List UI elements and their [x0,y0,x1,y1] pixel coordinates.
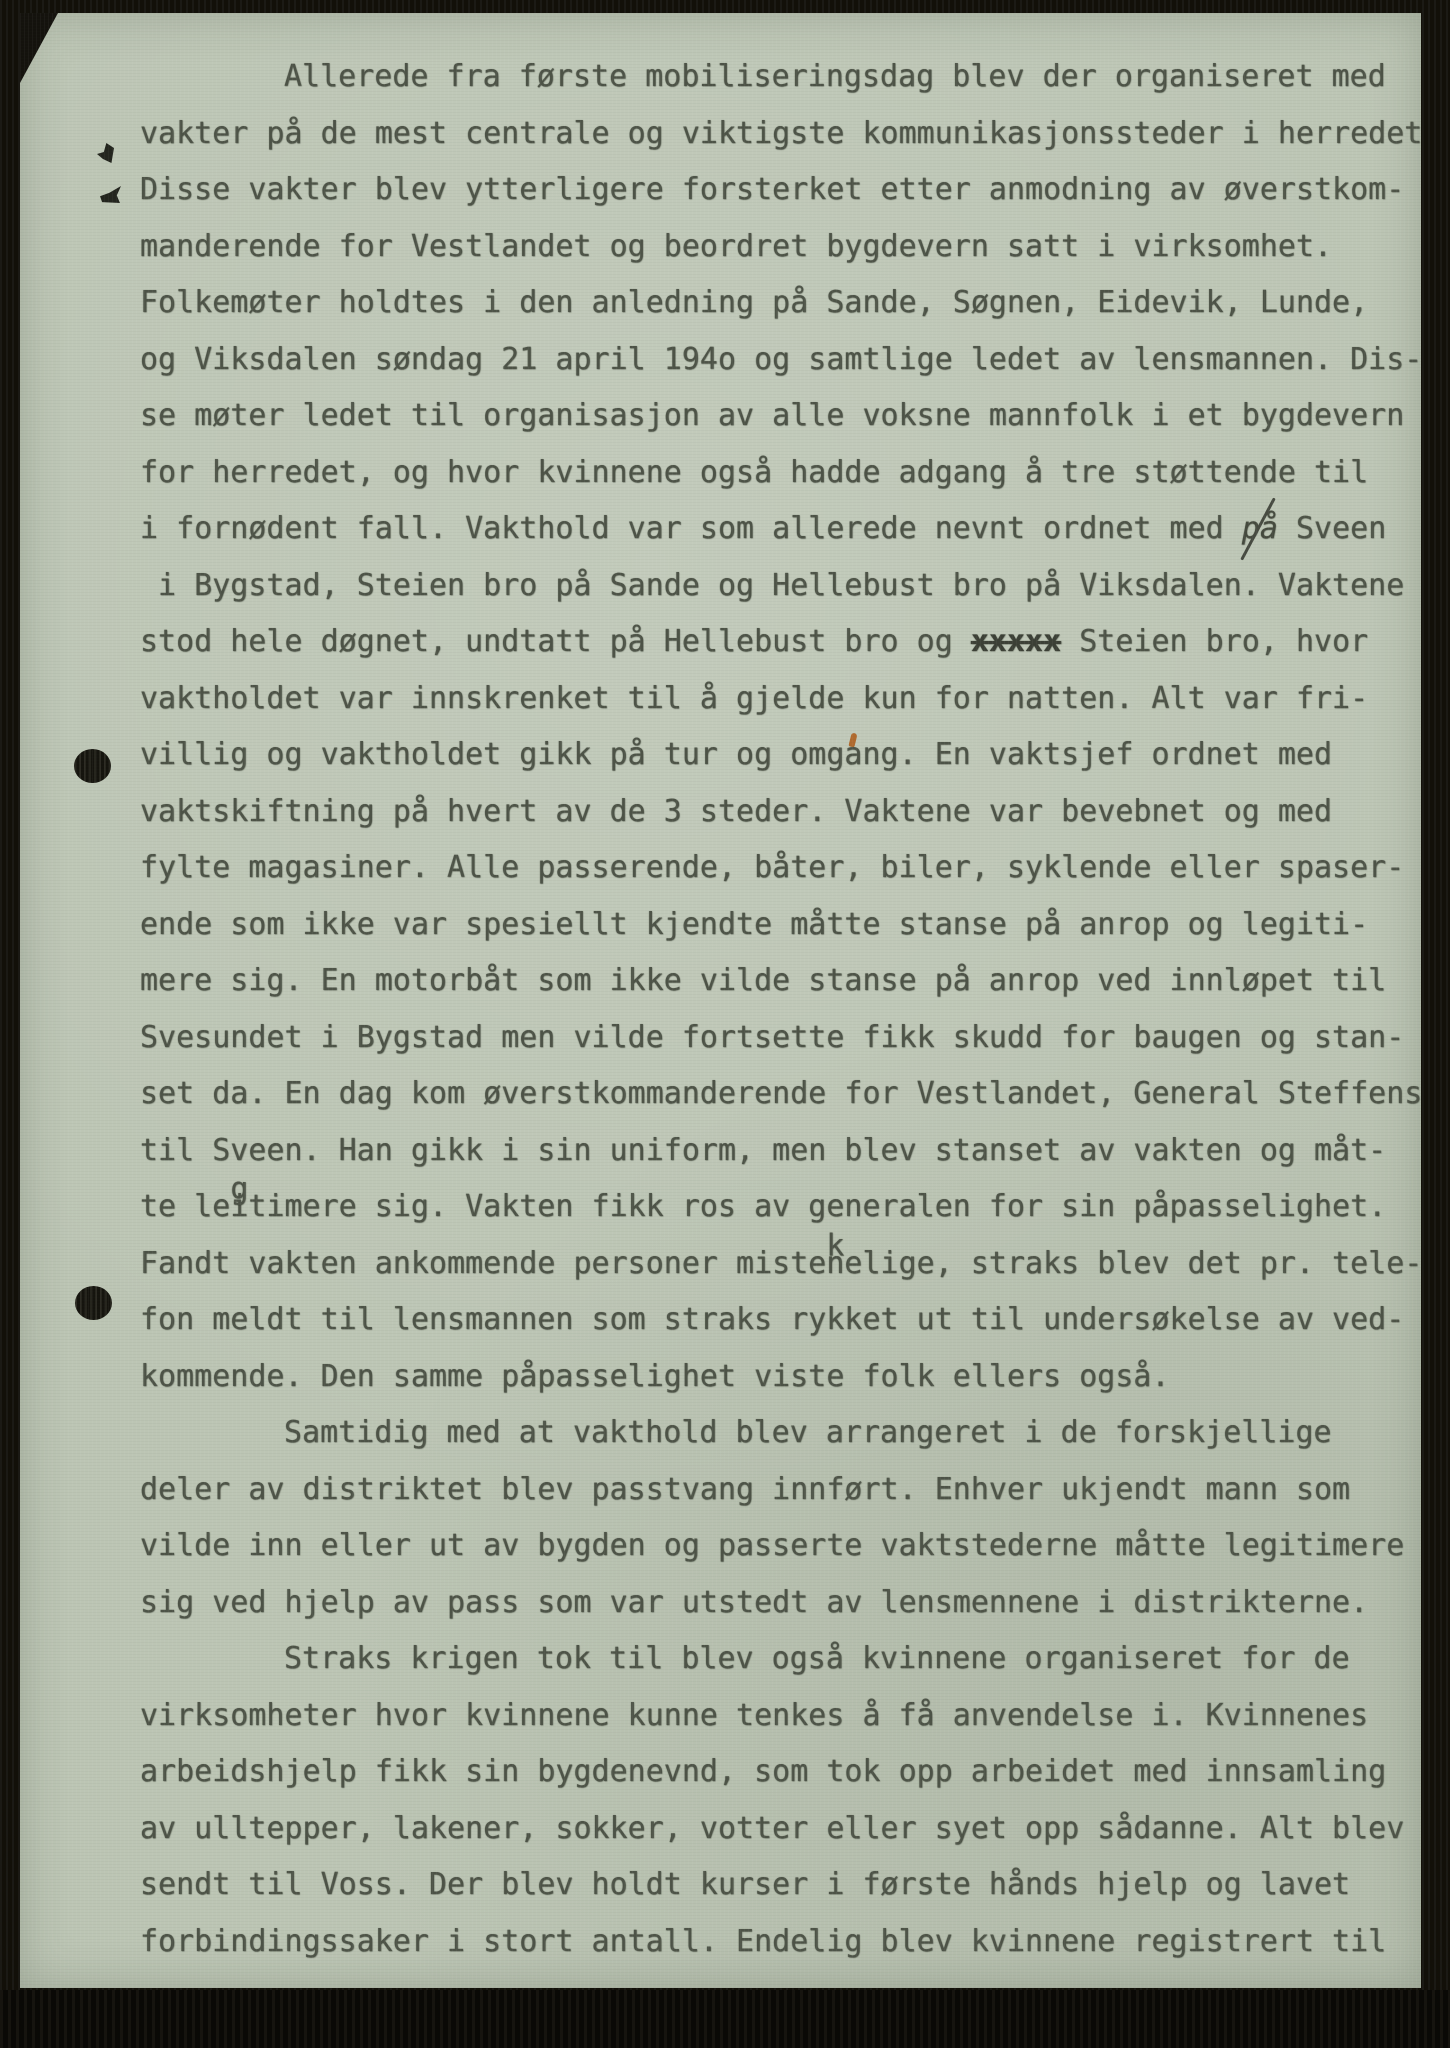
text-line-23: fon meldt til lensmannen som straks rykk… [140,1292,1425,1349]
text-line-6: og Viksdalen søndag 21 april 194o og sam… [140,332,1425,389]
text-line-12: vaktholdet var innskrenket til å gjelde … [140,671,1425,728]
text-line-2: vakter på de mest centrale og viktigste … [140,106,1425,163]
text-line-20: til Sveen. Han gikk i sin uniform, men b… [140,1123,1425,1180]
hole-punch-top [74,749,111,783]
text-line-10: i Bygstad, Steien bro på Sande og Helleb… [140,558,1425,615]
text-line-11: stod hele døgnet, undtatt på Hellebust b… [140,614,1425,671]
struck-out-word: xxxxx [971,624,1061,659]
text-line-8: for herredet, og hvor kvinnene også hadd… [140,445,1425,502]
text-line-18: Svesundet i Bygstad men vilde fortsette … [140,1010,1425,1067]
scan-edge-bottom [0,1990,1450,2048]
text-line-19: set da. En dag kom øverstkommanderende f… [140,1066,1425,1123]
text-line-27: vilde inn eller ut av bygden og passerte… [140,1518,1425,1575]
text-line-26: deler av distriktet blev passtvang innfø… [140,1462,1425,1519]
text-line-32: av ulltepper, lakener, sokker, votter el… [140,1801,1425,1858]
text-line-1: Allerede fra første mobiliseringsdag ble… [140,49,1425,106]
text-line-30: virksomheter hvor kvinnene kunne tenkes … [140,1688,1425,1745]
text-line-5: Folkemøter holdtes i den anledning på Sa… [140,275,1425,332]
text-line-25: Samtidig med at vakthold blev arrangeret… [140,1405,1425,1462]
text-line-9: i fornødent fall. Vakthold var som aller… [140,501,1425,558]
text-line-29: Straks krigen tok til blev også kvinnene… [140,1631,1425,1688]
struck-out-word: på [1242,511,1278,546]
text-line-31: arbeidshjelp fikk sin bygdenevnd, som to… [140,1744,1425,1801]
text-line-34: forbindingssaker i stort antall. Endelig… [140,1914,1425,1971]
text-line-4: manderende for Vestlandet og beordret by… [140,219,1425,276]
document-page: Allerede fra første mobiliseringsdag ble… [20,13,1421,1988]
text-line-3: Disse vakter blev ytterligere forsterket… [140,162,1425,219]
text-line-28: sig ved hjelp av pass som var utstedt av… [140,1575,1425,1632]
text-line-13: villig og vaktholdet gikk på tur og omga… [140,727,1425,784]
corner-fold [20,13,58,83]
text-line-14: vaktskiftning på hvert av de 3 steder. V… [140,784,1425,841]
text-line-33: sendt til Voss. Der blev holdt kurser i … [140,1857,1425,1914]
hole-punch-bottom [75,1286,112,1320]
text-line-17: mere sig. En motorbåt som ikke vilde sta… [140,953,1425,1010]
text-line-24: kommende. Den samme påpasselighet viste … [140,1349,1425,1406]
typewritten-text: Allerede fra første mobiliseringsdag ble… [140,49,1425,1970]
ink-mark-lower [100,186,121,203]
text-line-15: fylte magasiner. Alle passerende, båter,… [140,840,1425,897]
text-line-22: Fandt vakten ankommende personer mistekn… [140,1236,1425,1293]
scanned-document-screenshot: { "page": { "kind": "scanned typewritten… [0,0,1450,2048]
text-line-7: se møter ledet til organisasjon av alle … [140,388,1425,445]
text-line-21: te legitimere sig. Vakten fikk ros av ge… [140,1179,1425,1236]
ink-mark-upper [97,143,114,163]
text-line-16: ende som ikke var spesiellt kjendte mått… [140,897,1425,954]
